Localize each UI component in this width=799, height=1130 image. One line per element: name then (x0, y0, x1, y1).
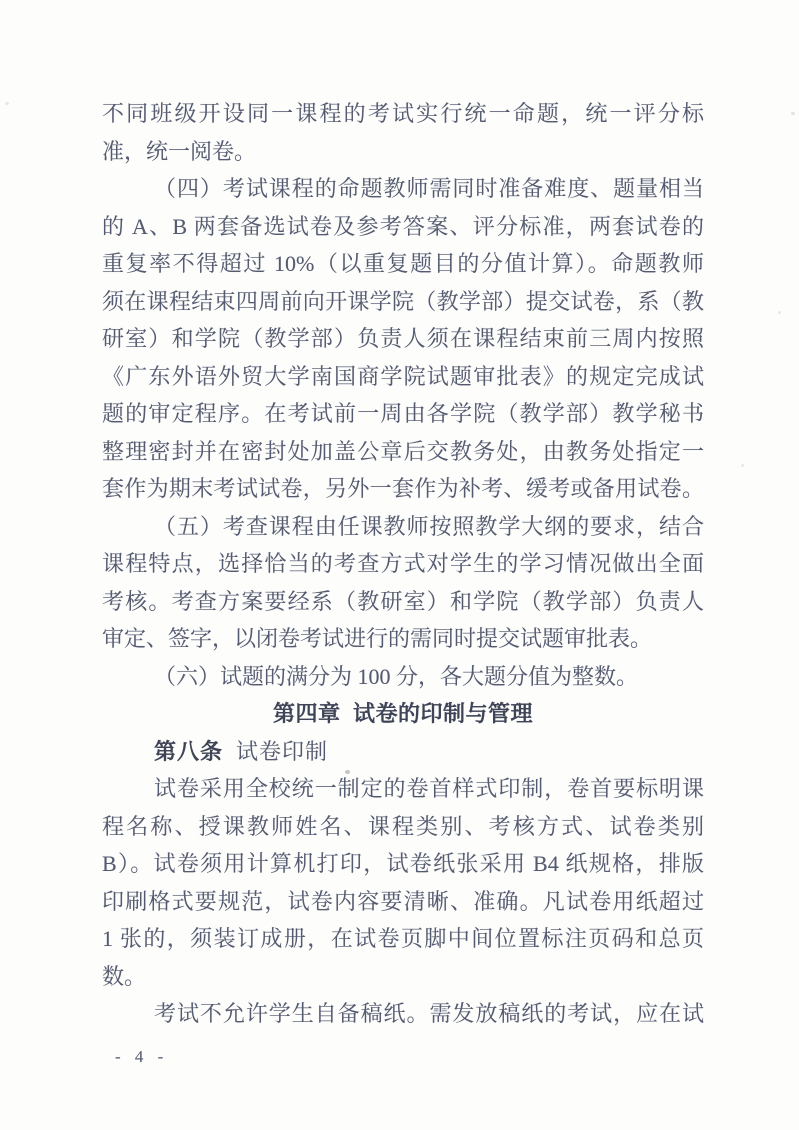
text-line: 须在课程结束四周前向开课学院（教学部）提交试卷，系（教 (102, 283, 704, 321)
text-line: B）。试卷须用计算机打印，试卷纸张采用 B4 纸规格，排版 (102, 845, 704, 883)
text-line: 重复率不得超过 10%（以重复题目的分值计算）。命题教师 (102, 245, 704, 283)
paragraph-item-four: （四）考试课程的命题教师需同时准备难度、题量相当 的 A、B 两套备选试卷及参考… (102, 170, 704, 508)
paragraph-unified-grading: 不同班级开设同一课程的考试实行统一命题，统一评分标 准，统一阅卷。 (102, 95, 704, 170)
scan-speck (778, 311, 781, 314)
text-line: 题的审定程序。在考试前一周由各学院（教学部）教学秘书 (102, 395, 704, 433)
text-line: 考核。考查方案要经系（教研室）和学院（教学部）负责人 (102, 583, 704, 621)
text-line: 准，统一阅卷。 (102, 133, 704, 171)
paragraph-draft-paper: 考试不允许学生自备稿纸。需发放稿纸的考试，应在试 (102, 995, 704, 1033)
scan-speck (741, 464, 744, 467)
text-line: 考试不允许学生自备稿纸。需发放稿纸的考试，应在试 (102, 995, 704, 1033)
paragraph-item-five: （五）考查课程由任课教师按照教学大纲的要求，结合 课程特点，选择恰当的考查方式对… (102, 508, 704, 658)
article-heading: 第八条试卷印制 (102, 733, 704, 771)
text-line: 课程特点，选择恰当的考查方式对学生的学习情况做出全面 (102, 545, 704, 583)
text-line: 数。 (102, 958, 704, 996)
text-line: 套作为期末考试试卷，另外一套作为补考、缓考或备用试卷。 (102, 470, 704, 508)
text-line: 试卷采用全校统一制定的卷首样式印制，卷首要标明课 (102, 770, 704, 808)
text-line: （五）考查课程由任课教师按照教学大纲的要求，结合 (102, 508, 704, 546)
text-line: 不同班级开设同一课程的考试实行统一命题，统一评分标 (102, 95, 704, 133)
article-number: 第八条 (154, 739, 223, 764)
text-line: （六）试题的满分为 100 分，各大题分值为整数。 (102, 658, 704, 696)
text-line: 程名称、授课教师姓名、课程类别、考核方式、试卷类别（A、 (102, 808, 704, 846)
page-number: - 4 - (115, 1046, 168, 1068)
document-page: 不同班级开设同一课程的考试实行统一命题，统一评分标 准，统一阅卷。 （四）考试课… (0, 0, 799, 1130)
text-line: 整理密封并在密封处加盖公章后交教务处，由教务处指定一 (102, 433, 704, 471)
chapter-heading: 第四章 试卷的印制与管理 (102, 695, 704, 733)
body-text: 不同班级开设同一课程的考试实行统一命题，统一评分标 准，统一阅卷。 （四）考试课… (102, 95, 704, 1033)
paragraph-item-six: （六）试题的满分为 100 分，各大题分值为整数。 (102, 658, 704, 696)
text-line: 印刷格式要规范，试卷内容要清晰、准确。凡试卷用纸超过 (102, 883, 704, 921)
text-line: 的 A、B 两套备选试卷及参考答案、评分标准，两套试卷的 (102, 208, 704, 246)
text-line: 《广东外语外贸大学南国商学院试题审批表》的规定完成试 (102, 358, 704, 396)
text-line: （四）考试课程的命题教师需同时准备难度、题量相当 (102, 170, 704, 208)
text-line: 审定、签字，以闭卷考试进行的需同时提交试题审批表。 (102, 620, 704, 658)
article-title: 试卷印制 (236, 739, 328, 764)
text-line: 1 张的，须装订成册，在试卷页脚中间位置标注页码和总页 (102, 920, 704, 958)
paragraph-printing: 试卷采用全校统一制定的卷首样式印制，卷首要标明课 程名称、授课教师姓名、课程类别… (102, 770, 704, 995)
text-line: 研室）和学院（教学部）负责人须在课程结束前三周内按照 (102, 320, 704, 358)
scan-speck (791, 112, 795, 115)
scan-speck (5, 102, 9, 105)
